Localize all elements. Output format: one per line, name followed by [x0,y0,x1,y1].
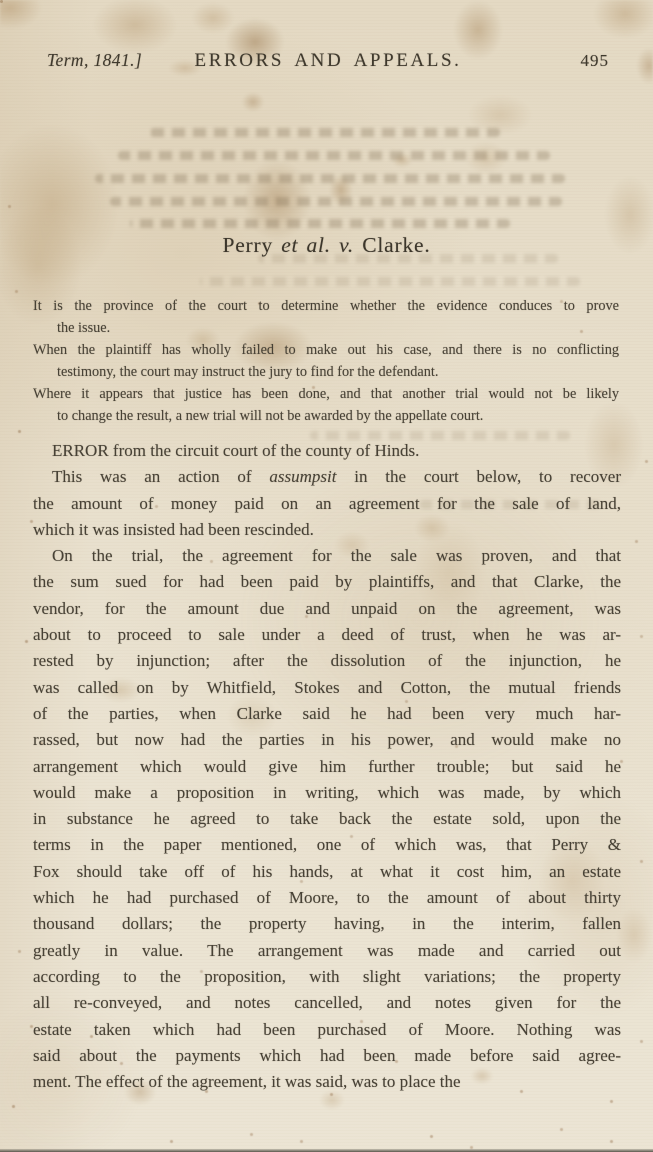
text-line: terms in the paper mentioned, one of whi… [33,832,621,858]
text-line: according to the proposition, with sligh… [33,964,621,990]
text-line: ment. The effect of the agreement, it wa… [33,1069,621,1095]
bleedthrough-line [130,219,510,228]
text-line: vendor, for the amount due and unpaid on… [33,596,621,622]
text-segment: testimony, the court may instruct the ju… [57,364,438,380]
text-line: greatly in value. The arrangement was ma… [33,938,621,964]
text-line: all re-conveyed, and notes cancelled, an… [33,990,621,1016]
text-segment: in substance he agreed to take back the … [33,809,621,828]
text-line: about to proceed to sale under a deed of… [33,622,621,648]
text-line: in substance he agreed to take back the … [33,806,621,832]
text-line: the amount of money paid on an agreement… [33,491,621,517]
text-segment: according to the proposition, with sligh… [33,967,621,986]
text-segment: was called on by Whitfield, Stokes and C… [33,678,621,697]
bleedthrough-line [95,174,565,183]
text-line: of the parties, when Clarke said he had … [33,701,621,727]
text-segment: which he had purchased of Moore, to the … [33,888,621,907]
bleedthrough-line [110,197,562,206]
text-segment: about to proceed to sale under a deed of… [33,625,621,644]
text-segment: vendor, for the amount due and unpaid on… [33,599,621,618]
text-line: which it was insisted had been rescinded… [33,517,621,543]
text-line: When the plaintiff has wholly failed to … [33,339,619,361]
text-segment: It is the province of the court to deter… [33,298,619,314]
text-segment: in the court below, to recover [336,467,621,486]
case-title: Perry et al. v. Clarke. [0,233,653,258]
headnotes: It is the province of the court to deter… [33,295,619,427]
paper-speckles [0,0,3,3]
text-line: arrangement which would give him further… [33,754,621,780]
text-segment: rassed, but now had the parties in his p… [33,730,621,749]
bleedthrough-line [118,151,550,160]
text-segment: Perry [222,233,281,257]
text-segment: greatly in value. The arrangement was ma… [33,941,621,960]
bleedthrough-line [200,277,580,286]
text-line: rested by injunction; after the dissolut… [33,648,621,674]
text-segment: the sum sued for had been paid by plaint… [33,572,621,591]
text-line: On the trial, the agreement for the sale… [33,543,621,569]
text-segment: ment. The effect of the agreement, it wa… [33,1072,461,1091]
text-segment: rested by injunction; after the dissolut… [33,651,621,670]
bleedthrough-line [150,128,500,137]
text-segment: would make a proposition in writing, whi… [33,783,621,802]
text-segment: Where it appears that justice has been d… [33,386,619,402]
text-line: ERROR from the circuit court of the coun… [33,438,621,464]
text-segment: et al. v. [281,233,354,257]
text-segment: arrangement which would give him further… [33,757,621,776]
text-segment: estate taken which had been purchased of… [33,1020,621,1039]
text-segment: terms in the paper mentioned, one of whi… [33,835,621,854]
text-line: Where it appears that justice has been d… [33,383,619,405]
text-segment: all re-conveyed, and notes cancelled, an… [33,993,621,1012]
text-line: to change the result, a new trial will n… [33,405,619,427]
opinion-body: ERROR from the circuit court of the coun… [33,438,621,1095]
text-segment: When the plaintiff has wholly failed to … [33,342,619,358]
text-segment: thousand dollars; the property having, i… [33,914,621,933]
text-line: the sum sued for had been paid by plaint… [33,569,621,595]
running-header: Term, 1841.] ERRORS AND APPEALS. 495 [47,50,609,72]
text-line: This was an action of assumpsit in the c… [33,464,621,490]
text-line: rassed, but now had the parties in his p… [33,727,621,753]
text-line: the issue. [33,317,619,339]
text-line: thousand dollars; the property having, i… [33,911,621,937]
text-segment: On the trial, the agreement for the sale… [52,546,621,565]
text-segment: Fox should take off of his hands, at wha… [33,862,621,881]
text-segment: to change the result, a new trial will n… [57,408,483,424]
text-line: estate taken which had been purchased of… [33,1017,621,1043]
text-segment: ERROR from the circuit court of the coun… [52,441,419,460]
text-line: testimony, the court may instruct the ju… [33,361,619,383]
text-line: Fox should take off of his hands, at wha… [33,859,621,885]
text-segment: the amount of money paid on an agreement… [33,494,621,513]
text-line: said about the payments which had been m… [33,1043,621,1069]
text-segment: of the parties, when Clarke said he had … [33,704,621,723]
text-segment: assumpsit [269,467,336,486]
text-segment: said about the payments which had been m… [33,1046,621,1065]
text-segment: which it was insisted had been rescinded… [33,520,314,539]
text-line: was called on by Whitfield, Stokes and C… [33,675,621,701]
text-segment: the issue. [57,320,110,336]
book-page: Term, 1841.] ERRORS AND APPEALS. 495 Per… [0,0,653,1152]
text-segment: This was an action of [52,467,269,486]
term-date: Term, 1841.] [47,50,142,71]
running-title: ERRORS AND APPEALS. [195,50,462,72]
text-line: which he had purchased of Moore, to the … [33,885,621,911]
text-line: would make a proposition in writing, whi… [33,780,621,806]
page-number: 495 [581,51,610,71]
text-line: It is the province of the court to deter… [33,295,619,317]
text-segment: Clarke. [354,233,430,257]
